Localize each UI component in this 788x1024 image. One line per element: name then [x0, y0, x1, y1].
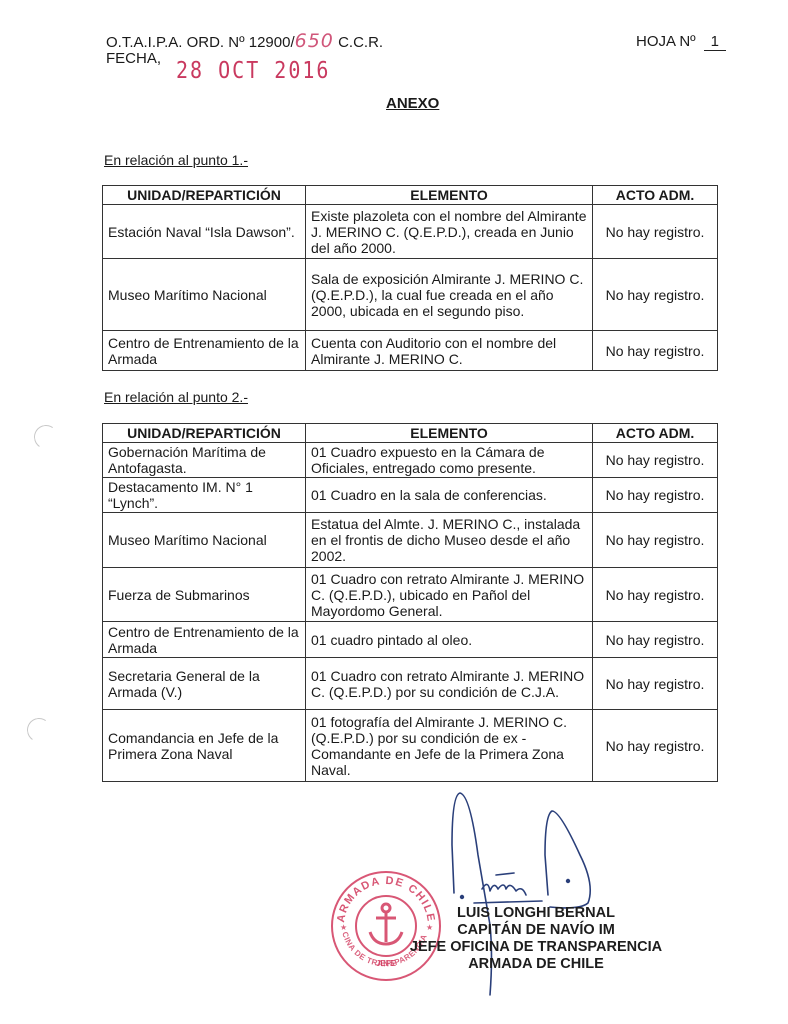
column-header-unit: UNIDAD/REPARTICIÓN — [103, 424, 306, 443]
table-header-row: UNIDAD/REPARTICIÓN ELEMENTO ACTO ADM. — [103, 186, 718, 205]
column-header-element: ELEMENTO — [306, 424, 593, 443]
cell-element: 01 fotografía del Almirante J. MERINO C.… — [306, 710, 593, 782]
cell-admin-act: No hay registro. — [593, 478, 718, 513]
column-header-element: ELEMENTO — [306, 186, 593, 205]
table-row: Museo Marítimo Nacional Sala de exposici… — [103, 259, 718, 331]
table-row: Secretaria General de la Armada (V.) 01 … — [103, 658, 718, 710]
cell-unit: Fuerza de Submarinos — [103, 568, 306, 622]
anchor-icon — [370, 904, 402, 944]
table-row: Comandancia en Jefe de la Primera Zona N… — [103, 710, 718, 782]
signer-position: JEFE OFICINA DE TRANSPARENCIA — [400, 939, 672, 956]
cell-admin-act: No hay registro. — [593, 513, 718, 568]
cell-element: 01 Cuadro con retrato Almirante J. MERIN… — [306, 658, 593, 710]
page-number: 1 — [704, 33, 726, 51]
cell-unit: Museo Marítimo Nacional — [103, 259, 306, 331]
cell-element: Cuenta con Auditorio con el nombre del A… — [306, 331, 593, 371]
ordinance-prefix: O.T.A.I.P.A. ORD. Nº 12900/ — [106, 34, 295, 51]
date-stamp: 28 OCT 2016 — [176, 56, 330, 84]
cell-unit: Gobernación Marítima de Antofagasta. — [103, 443, 306, 478]
section-heading-2: En relación al punto 2.- — [104, 389, 248, 405]
cell-unit: Estación Naval “Isla Dawson”. — [103, 205, 306, 259]
cell-unit: Comandancia en Jefe de la Primera Zona N… — [103, 710, 306, 782]
cell-admin-act: No hay registro. — [593, 443, 718, 478]
column-header-admin-act: ACTO ADM. — [593, 424, 718, 443]
cell-element: 01 Cuadro con retrato Almirante J. MERIN… — [306, 568, 593, 622]
signer-organization: ARMADA DE CHILE — [400, 956, 672, 973]
page-label: HOJA Nº — [636, 33, 696, 50]
cell-admin-act: No hay registro. — [593, 710, 718, 782]
cell-element: 01 Cuadro en la sala de conferencias. — [306, 478, 593, 513]
column-header-admin-act: ACTO ADM. — [593, 186, 718, 205]
cell-unit: Destacamento IM. N° 1 “Lynch”. — [103, 478, 306, 513]
document-title: ANEXO — [386, 95, 439, 112]
cell-admin-act: No hay registro. — [593, 331, 718, 371]
table-row: Museo Marítimo Nacional Estatua del Almt… — [103, 513, 718, 568]
cell-unit: Centro de Entrenamiento de la Armada — [103, 331, 306, 371]
table-row: Gobernación Marítima de Antofagasta. 01 … — [103, 443, 718, 478]
table-row: Centro de Entrenamiento de la Armada Cue… — [103, 331, 718, 371]
cell-admin-act: No hay registro. — [593, 205, 718, 259]
cell-element: Sala de exposición Almirante J. MERINO C… — [306, 259, 593, 331]
punch-hole-mark — [25, 716, 53, 744]
cell-element: 01 Cuadro expuesto en la Cámara de Ofici… — [306, 443, 593, 478]
annex-table-2: UNIDAD/REPARTICIÓN ELEMENTO ACTO ADM. Go… — [102, 423, 718, 782]
seal-text-inner: JEFE — [376, 959, 397, 968]
date-label: FECHA, — [106, 50, 161, 67]
table-row: Centro de Entrenamiento de la Armada 01 … — [103, 622, 718, 658]
cell-admin-act: No hay registro. — [593, 658, 718, 710]
table-header-row: UNIDAD/REPARTICIÓN ELEMENTO ACTO ADM. — [103, 424, 718, 443]
page-indicator: HOJA Nº 1 — [636, 33, 726, 51]
svg-text:★: ★ — [340, 923, 347, 932]
ordinance-reference: O.T.A.I.P.A. ORD. Nº 12900/650 C.C.R. — [106, 33, 383, 51]
cell-unit: Secretaria General de la Armada (V.) — [103, 658, 306, 710]
cell-admin-act: No hay registro. — [593, 259, 718, 331]
annex-table-1: UNIDAD/REPARTICIÓN ELEMENTO ACTO ADM. Es… — [102, 185, 718, 371]
signer-rank: CAPITÁN DE NAVÍO IM — [400, 922, 672, 939]
table-row: Estación Naval “Isla Dawson”. Existe pla… — [103, 205, 718, 259]
signer-name: LUIS LONGHI BERNAL — [400, 905, 672, 922]
signature-block: LUIS LONGHI BERNAL CAPITÁN DE NAVÍO IM J… — [400, 905, 672, 973]
section-heading-1: En relación al punto 1.- — [104, 152, 248, 168]
ordinance-number-handwritten: 650 — [295, 30, 334, 52]
column-header-unit: UNIDAD/REPARTICIÓN — [103, 186, 306, 205]
cell-element: Existe plazoleta con el nombre del Almir… — [306, 205, 593, 259]
cell-admin-act: No hay registro. — [593, 622, 718, 658]
cell-element: 01 cuadro pintado al oleo. — [306, 622, 593, 658]
table-row: Fuerza de Submarinos 01 Cuadro con retra… — [103, 568, 718, 622]
cell-unit: Museo Marítimo Nacional — [103, 513, 306, 568]
cell-unit: Centro de Entrenamiento de la Armada — [103, 622, 306, 658]
table-row: Destacamento IM. N° 1 “Lynch”. 01 Cuadro… — [103, 478, 718, 513]
punch-hole-mark — [32, 423, 60, 451]
cell-element: Estatua del Almte. J. MERINO C., instala… — [306, 513, 593, 568]
cell-admin-act: No hay registro. — [593, 568, 718, 622]
ordinance-suffix: C.C.R. — [338, 34, 383, 51]
